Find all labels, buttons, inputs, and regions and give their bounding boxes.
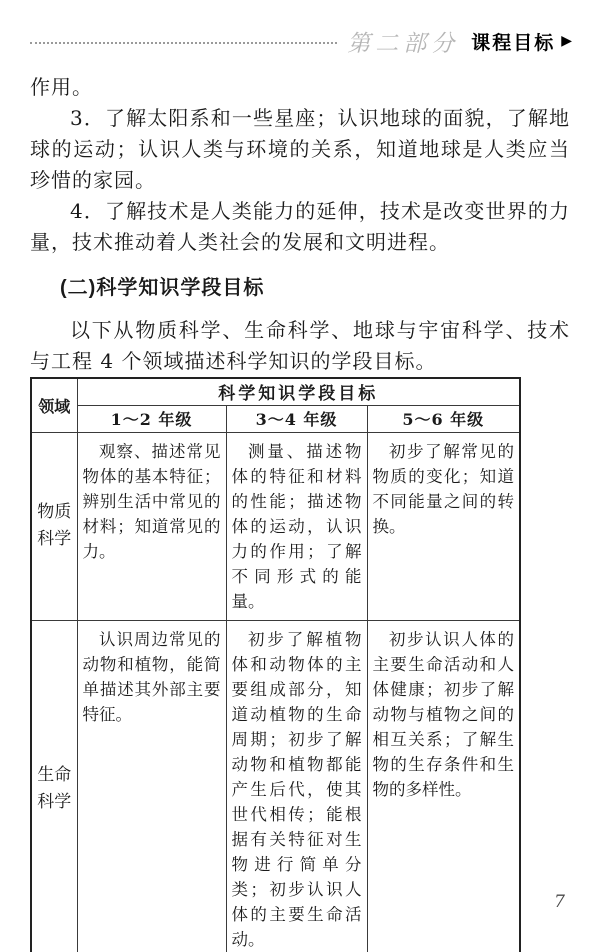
page-number: 7 bbox=[554, 892, 565, 912]
book-page: 第二部分 课程目标 ▶ 作用。 3．了解太阳系和一些星座；认识地球的面貌，了解地… bbox=[0, 0, 599, 952]
domain-cell-physical-science: 物质 科学 bbox=[31, 432, 77, 620]
goal-cell-life-1-2: 认识周边常见的动物和植物，能简单描述其外部主要特征。 bbox=[77, 620, 226, 952]
table-header-row-2: 1～2 年级 3～4 年级 5～6 年级 bbox=[31, 405, 520, 432]
table-header-row-1: 领域 科学知识学段目标 bbox=[31, 378, 520, 405]
paragraph-item-3: 3．了解太阳系和一些星座；认识地球的面貌，了解地球的运动；认识人类与环境的关系，… bbox=[30, 103, 570, 196]
triangle-right-icon: ▶ bbox=[561, 33, 572, 49]
domain-line: 科学 bbox=[34, 789, 75, 816]
running-head: 第二部分 课程目标 ▶ bbox=[30, 26, 572, 56]
grade-header-1-2: 1～2 年级 bbox=[77, 405, 226, 432]
domain-cell-life-science: 生命 科学 bbox=[31, 620, 77, 952]
goal-cell-life-5-6: 初步认识人体的主要生命活动和人体健康；初步了解动物与植物之间的相互关系；了解生物… bbox=[367, 620, 520, 952]
chapter-title: 课程目标 bbox=[471, 28, 555, 55]
goal-text: 测量、描述物体的特征和材料的性能；描述物体的运动，认识力的作用；了解不同形式的能… bbox=[232, 439, 362, 614]
goal-cell-physical-1-2: 观察、描述常见物体的基本特征；辨别生活中常见的材料；知道常见的力。 bbox=[77, 432, 226, 620]
dotted-leader-rule bbox=[30, 42, 337, 44]
table-header: 领域 科学知识学段目标 1～2 年级 3～4 年级 5～6 年级 bbox=[31, 378, 520, 432]
section-heading: (二)科学知识学段目标 bbox=[30, 275, 570, 301]
goal-text: 观察、描述常见物体的基本特征；辨别生活中常见的材料；知道常见的力。 bbox=[83, 439, 221, 564]
goal-text: 初步认识人体的主要生命活动和人体健康；初步了解动物与植物之间的相互关系；了解生物… bbox=[373, 627, 515, 802]
goal-text: 初步了解常见的物质的变化；知道不同能量之间的转换。 bbox=[373, 439, 515, 539]
domain-line: 物质 bbox=[34, 499, 75, 526]
grade-header-3-4: 3～4 年级 bbox=[226, 405, 367, 432]
main-content: 作用。 3．了解太阳系和一些星座；认识地球的面貌，了解地球的运动；认识人类与环境… bbox=[30, 72, 570, 952]
part-label: 第二部分 bbox=[347, 25, 459, 58]
domain-column-header: 领域 bbox=[31, 378, 77, 432]
grade-header-5-6: 5～6 年级 bbox=[367, 405, 520, 432]
paragraph-continuation: 作用。 bbox=[30, 72, 570, 103]
knowledge-goals-table: 领域 科学知识学段目标 1～2 年级 3～4 年级 5～6 年级 物质 科学 观… bbox=[30, 377, 521, 952]
domain-line: 科学 bbox=[34, 526, 75, 553]
paragraph-item-4: 4．了解技术是人类能力的延伸，技术是改变世界的力量，技术推动着人类社会的发展和文… bbox=[30, 196, 570, 258]
table-intro-paragraph: 以下从物质科学、生命科学、地球与宇宙科学、技术与工程 4 个领域描述科学知识的学… bbox=[30, 315, 570, 377]
span-column-header: 科学知识学段目标 bbox=[77, 378, 520, 405]
domain-line: 生命 bbox=[34, 762, 75, 789]
goal-text: 初步了解植物体和动物体的主要组成部分，知道动植物的生命周期；初步了解动物和植物都… bbox=[232, 627, 362, 952]
goal-cell-physical-3-4: 测量、描述物体的特征和材料的性能；描述物体的运动，认识力的作用；了解不同形式的能… bbox=[226, 432, 367, 620]
goal-cell-life-3-4: 初步了解植物体和动物体的主要组成部分，知道动植物的生命周期；初步了解动物和植物都… bbox=[226, 620, 367, 952]
goal-cell-physical-5-6: 初步了解常见的物质的变化；知道不同能量之间的转换。 bbox=[367, 432, 520, 620]
table-row-physical-science: 物质 科学 观察、描述常见物体的基本特征；辨别生活中常见的材料；知道常见的力。 … bbox=[31, 432, 520, 620]
table-row-life-science: 生命 科学 认识周边常见的动物和植物，能简单描述其外部主要特征。 初步了解植物体… bbox=[31, 620, 520, 952]
goal-text: 认识周边常见的动物和植物，能简单描述其外部主要特征。 bbox=[83, 627, 221, 727]
